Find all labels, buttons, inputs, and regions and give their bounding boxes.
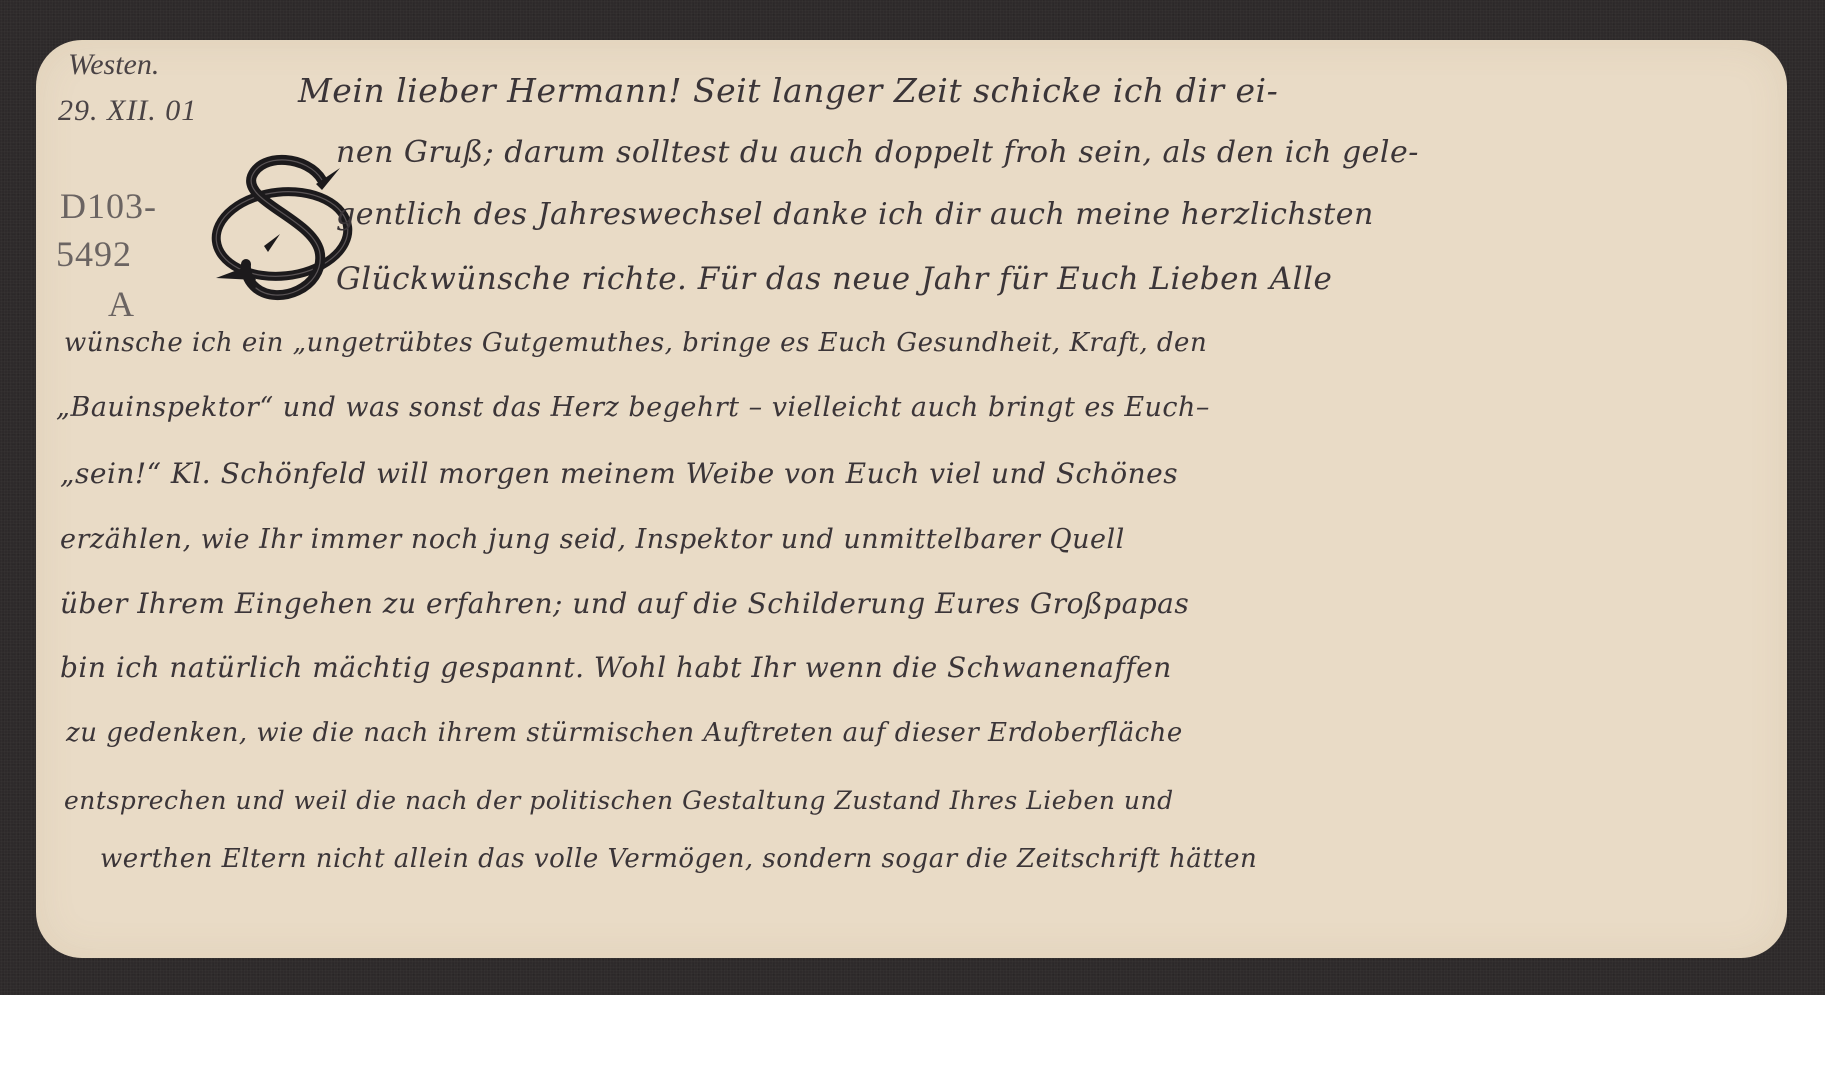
archive-signature-line-2: 5492 [56, 236, 132, 272]
letter-line-7: „sein!“ Kl. Schönfeld will morgen meinem… [60, 460, 1178, 488]
letter-line-11: zu gedenken, wie die nach ihrem stürmisc… [66, 720, 1183, 746]
archive-signature-line-1: D103- [60, 188, 157, 224]
place-note: Westen. [68, 50, 159, 80]
letter-line-4: Glückwünsche richte. Für das neue Jahr f… [336, 264, 1332, 295]
letter-line-8: erzählen, wie Ihr immer noch jung seid, … [60, 526, 1125, 553]
letter-line-12: entsprechen und weil die nach der politi… [64, 788, 1174, 813]
letter-line-2: nen Gruß; darum solltest du auch doppelt… [336, 138, 1419, 168]
letter-line-10: bin ich natürlich mächtig gespannt. Wohl… [60, 654, 1172, 682]
letter-line-13: werthen Eltern nicht allein das volle Ve… [100, 846, 1257, 872]
letter-line-5: wünsche ich ein „ungetrübtes Gutgemuthes… [64, 330, 1207, 356]
letter-line-6: „Bauinspektor“ und was sonst das Herz be… [56, 394, 1210, 421]
archive-signature-line-3: A [108, 286, 134, 322]
letter-card: Westen. 29. XII. 01 D103- 5492 A Mein li… [36, 40, 1787, 958]
letter-line-3: gentlich des Jahreswechsel danke ich dir… [336, 200, 1374, 230]
letter-line-1: Mein lieber Hermann! Seit langer Zeit sc… [298, 74, 1278, 107]
date-note: 29. XII. 01 [58, 96, 197, 126]
interlaced-monogram-icon [204, 138, 354, 318]
letter-line-9: über Ihrem Eingehen zu erfahren; und auf… [60, 590, 1189, 618]
